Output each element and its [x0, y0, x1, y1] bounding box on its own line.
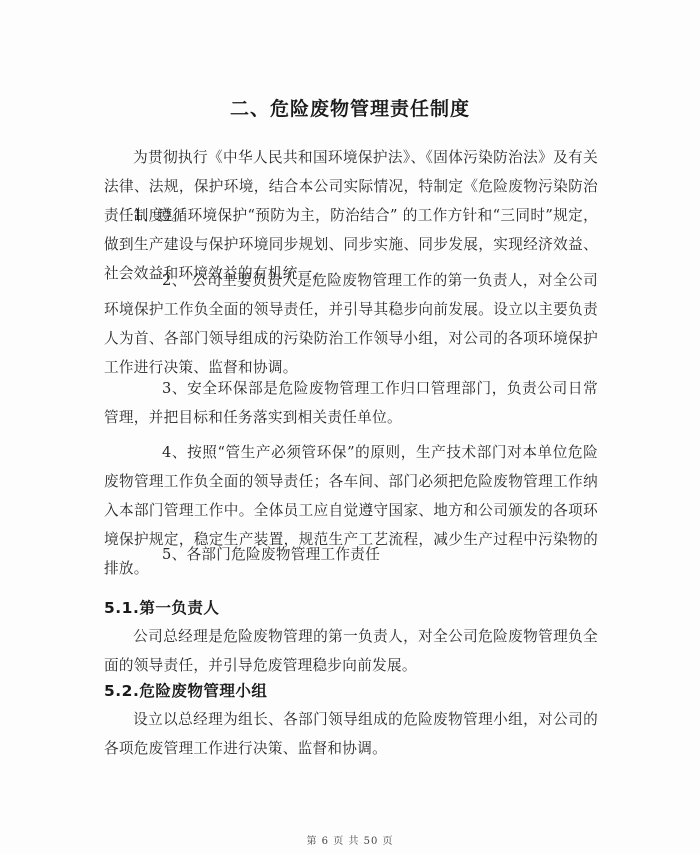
paragraph-item-3: 3、安全环保部是危险废物管理工作归口管理部门，负责公司日常管理，并把目标和任务落… [104, 374, 598, 432]
paragraph-item-5: 5、各部门危险废物管理工作责任 [104, 540, 598, 569]
section-text-5-1: 公司总经理是危险废物管理的第一负责人，对全公司危险废物管理负全面的领导责任，并引… [104, 622, 598, 680]
paragraph-text: 公司总经理是危险废物管理的第一负责人，对全公司危险废物管理负全面的领导责任，并引… [104, 628, 598, 674]
section-heading-5-1: 5.1.第一负责人 [104, 596, 219, 618]
page-title: 二、危险废物管理责任制度 [0, 94, 700, 121]
page-footer: 第 6 页 共 50 页 [0, 832, 700, 847]
paragraph-text: 3、安全环保部是危险废物管理工作归口管理部门，负责公司日常管理，并把目标和任务落… [104, 380, 598, 426]
paragraph-text: 2、 公司主要负责人是危险废物管理工作的第一负责人，对全公司环境保护工作负全面的… [104, 272, 598, 376]
section-text-5-2: 设立以总经理为组长、各部门领导组成的危险废物管理小组，对公司的各项危废管理工作进… [104, 705, 598, 763]
paragraph-text: 5、各部门危险废物管理工作责任 [162, 546, 380, 563]
paragraph-item-2: 2、 公司主要负责人是危险废物管理工作的第一负责人，对全公司环境保护工作负全面的… [104, 266, 598, 382]
document-page: 二、危险废物管理责任制度 为贯彻执行《中华人民共和国环境保护法》、《固体污染防治… [0, 0, 700, 854]
paragraph-text: 设立以总经理为组长、各部门领导组成的危险废物管理小组，对公司的各项危废管理工作进… [104, 711, 598, 757]
section-heading-5-2: 5.2.危险废物管理小组 [104, 679, 267, 701]
